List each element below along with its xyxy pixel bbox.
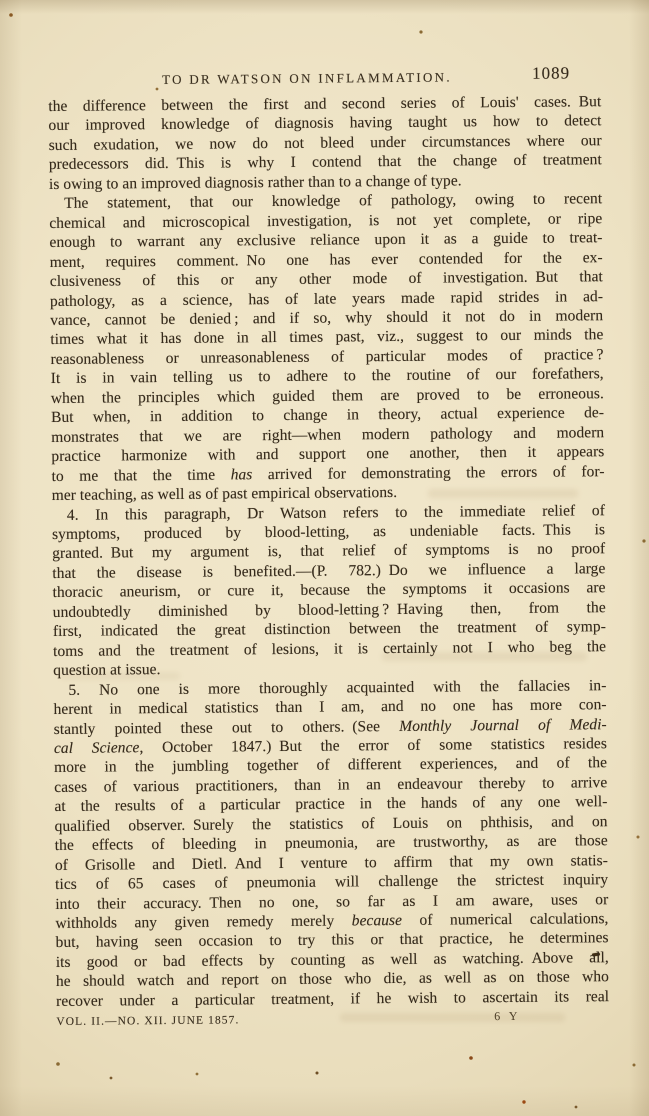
running-header: TO DR WATSON ON INFLAMMATION. xyxy=(162,69,452,88)
foxing-specks xyxy=(0,0,2,2)
footer-row: VOL. II.—NO. XII. JUNE 1857. 6 Y xyxy=(56,1009,609,1034)
text-line: recover under a particular treatment, if… xyxy=(56,987,609,1011)
running-header-row: TO DR WATSON ON INFLAMMATION. 1089 xyxy=(48,65,601,97)
scanned-page: TO DR WATSON ON INFLAMMATION. 1089 the d… xyxy=(0,0,649,1116)
volume-line: VOL. II.—NO. XII. JUNE 1857. xyxy=(56,1015,239,1029)
page-content: TO DR WATSON ON INFLAMMATION. 1089 the d… xyxy=(48,65,609,1034)
page-body: the difference between the first and sec… xyxy=(48,92,609,1011)
page-number: 1089 xyxy=(532,63,570,83)
signature-mark: 6 Y xyxy=(494,1009,520,1024)
